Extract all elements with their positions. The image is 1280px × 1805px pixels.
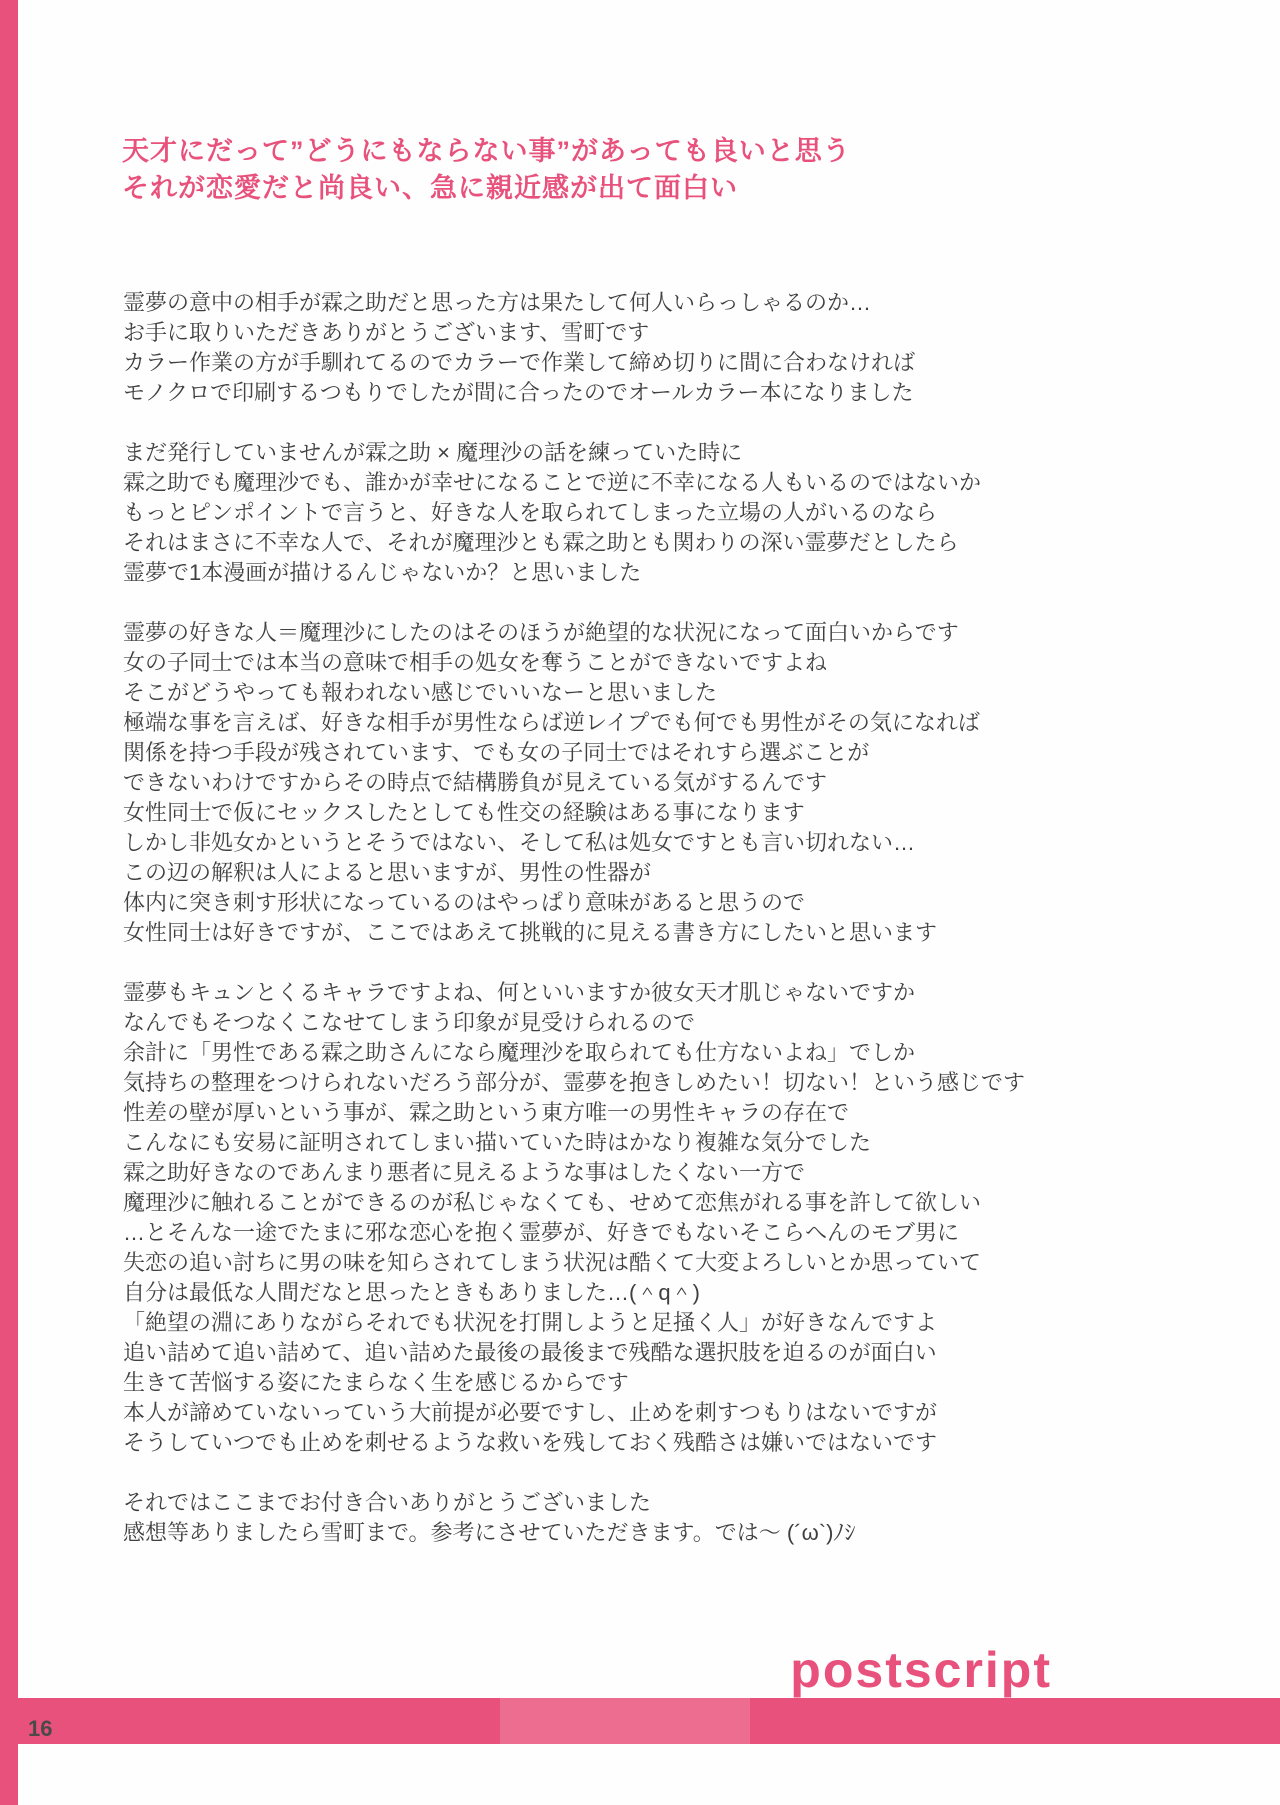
left-accent-bar — [0, 0, 18, 1805]
text-line: それではここまでお付き合いありがとうございました — [123, 1488, 1103, 1518]
bottom-bar-light-patch — [500, 1698, 750, 1744]
text-line: 霊夢もキュンとくるキャラですよね、何といいますか彼女天才肌じゃないですか — [123, 978, 1103, 1008]
postscript-title: postscript — [790, 1645, 1052, 1695]
text-line: カラー作業の方が手馴れてるのでカラーで作業して締め切りに間に合わなければ — [123, 348, 1103, 378]
text-line: 女性同士は好きですが、ここではあえて挑戦的に見える書き方にしたいと思います — [123, 918, 1103, 948]
text-line: まだ発行していませんが霖之助 × 魔理沙の話を練っていた時に — [123, 438, 1103, 468]
text-line: …とそんな一途でたまに邪な恋心を抱く霊夢が、好きでもないそこらへんのモブ男に — [123, 1218, 1103, 1248]
text-line: 体内に突き刺す形状になっているのはやっぱり意味があると思うので — [123, 888, 1103, 918]
paragraph: まだ発行していませんが霖之助 × 魔理沙の話を練っていた時に霖之助でも魔理沙でも… — [123, 438, 1103, 588]
text-line: 霊夢で1本漫画が描けるんじゃないか？と思いました — [123, 558, 1103, 588]
text-line: 霊夢の好きな人＝魔理沙にしたのはそのほうが絶望的な状況になって面白いからです — [123, 618, 1103, 648]
text-line: できないわけですからその時点で結構勝負が見えている気がするんです — [123, 768, 1103, 798]
text-line: 女の子同士では本当の意味で相手の処女を奪うことができないですよね — [123, 648, 1103, 678]
text-line: こんなにも安易に証明されてしまい描いていた時はかなり複雑な気分でした — [123, 1128, 1103, 1158]
text-line: 感想等ありましたら雪町まで。参考にさせていただきます。では～ (´ω`)ﾉｼ — [123, 1518, 1103, 1548]
text-line: しかし非処女かというとそうではない、そして私は処女ですとも言い切れない… — [123, 828, 1103, 858]
paragraph: 霊夢もキュンとくるキャラですよね、何といいますか彼女天才肌じゃないですかなんでも… — [123, 978, 1103, 1458]
postscript-page: 天才にだって”どうにもならない事”があっても良いと思う それが恋愛だと尚良い、急… — [0, 0, 1280, 1805]
text-line: 余計に「男性である霖之助さんになら魔理沙を取られても仕方ないよね」でしか — [123, 1038, 1103, 1068]
heading-line-2: それが恋愛だと尚良い、急に親近感が出て面白い — [122, 170, 851, 207]
text-line: 失恋の追い討ちに男の味を知らされてしまう状況は酷くて大変よろしいとか思っていて — [123, 1248, 1103, 1278]
paragraph: 霊夢の意中の相手が霖之助だと思った方は果たして何人いらっしゃるのか…お手に取りい… — [123, 288, 1103, 408]
text-line: 関係を持つ手段が残されています、でも女の子同士ではそれすら選ぶことが — [123, 738, 1103, 768]
text-line: この辺の解釈は人によると思いますが、男性の性器が — [123, 858, 1103, 888]
text-line: なんでもそつなくこなせてしまう印象が見受けられるので — [123, 1008, 1103, 1038]
text-line: 生きて苦悩する姿にたまらなく生を感じるからです — [123, 1368, 1103, 1398]
text-line: モノクロで印刷するつもりでしたが間に合ったのでオールカラー本になりました — [123, 378, 1103, 408]
bottom-accent-bar — [18, 1698, 1280, 1744]
body-text: 霊夢の意中の相手が霖之助だと思った方は果たして何人いらっしゃるのか…お手に取りい… — [123, 288, 1103, 1548]
text-line: 追い詰めて追い詰めて、追い詰めた最後の最後まで残酷な選択肢を迫るのが面白い — [123, 1338, 1103, 1368]
text-line: 「絶望の淵にありながらそれでも状況を打開しようと足掻く人」が好きなんですよ — [123, 1308, 1103, 1338]
text-line: それはまさに不幸な人で、それが魔理沙とも霖之助とも関わりの深い霊夢だとしたら — [123, 528, 1103, 558]
paragraph: 霊夢の好きな人＝魔理沙にしたのはそのほうが絶望的な状況になって面白いからです女の… — [123, 618, 1103, 948]
text-line: そこがどうやっても報われない感じでいいなーと思いました — [123, 678, 1103, 708]
text-line: 霖之助でも魔理沙でも、誰かが幸せになることで逆に不幸になる人もいるのではないか — [123, 468, 1103, 498]
text-line: 霖之助好きなのであんまり悪者に見えるような事はしたくない一方で — [123, 1158, 1103, 1188]
text-line: 極端な事を言えば、好きな相手が男性ならば逆レイプでも何でも男性がその気になれば — [123, 708, 1103, 738]
page-heading: 天才にだって”どうにもならない事”があっても良いと思う それが恋愛だと尚良い、急… — [122, 133, 851, 207]
text-line: 魔理沙に触れることができるのが私じゃなくても、せめて恋焦がれる事を許して欲しい — [123, 1188, 1103, 1218]
text-line: そうしていつでも止めを刺せるような救いを残しておく残酷さは嫌いではないです — [123, 1428, 1103, 1458]
heading-line-1: 天才にだって”どうにもならない事”があっても良いと思う — [122, 133, 851, 170]
text-line: お手に取りいただきありがとうございます、雪町です — [123, 318, 1103, 348]
paragraph: それではここまでお付き合いありがとうございました感想等ありましたら雪町まで。参考… — [123, 1488, 1103, 1548]
text-line: 本人が諦めていないっていう大前提が必要ですし、止めを刺すつもりはないですが — [123, 1398, 1103, 1428]
text-line: もっとピンポイントで言うと、好きな人を取られてしまった立場の人がいるのなら — [123, 498, 1103, 528]
text-line: 自分は最低な人間だなと思ったときもありました…(＾q＾) — [123, 1278, 1103, 1308]
text-line: 気持ちの整理をつけられないだろう部分が、霊夢を抱きしめたい！切ない！という感じで… — [123, 1068, 1103, 1098]
text-line: 女性同士で仮にセックスしたとしても性交の経験はある事になります — [123, 798, 1103, 828]
text-line: 性差の壁が厚いという事が、霖之助という東方唯一の男性キャラの存在で — [123, 1098, 1103, 1128]
page-number: 16 — [28, 1716, 52, 1742]
text-line: 霊夢の意中の相手が霖之助だと思った方は果たして何人いらっしゃるのか… — [123, 288, 1103, 318]
